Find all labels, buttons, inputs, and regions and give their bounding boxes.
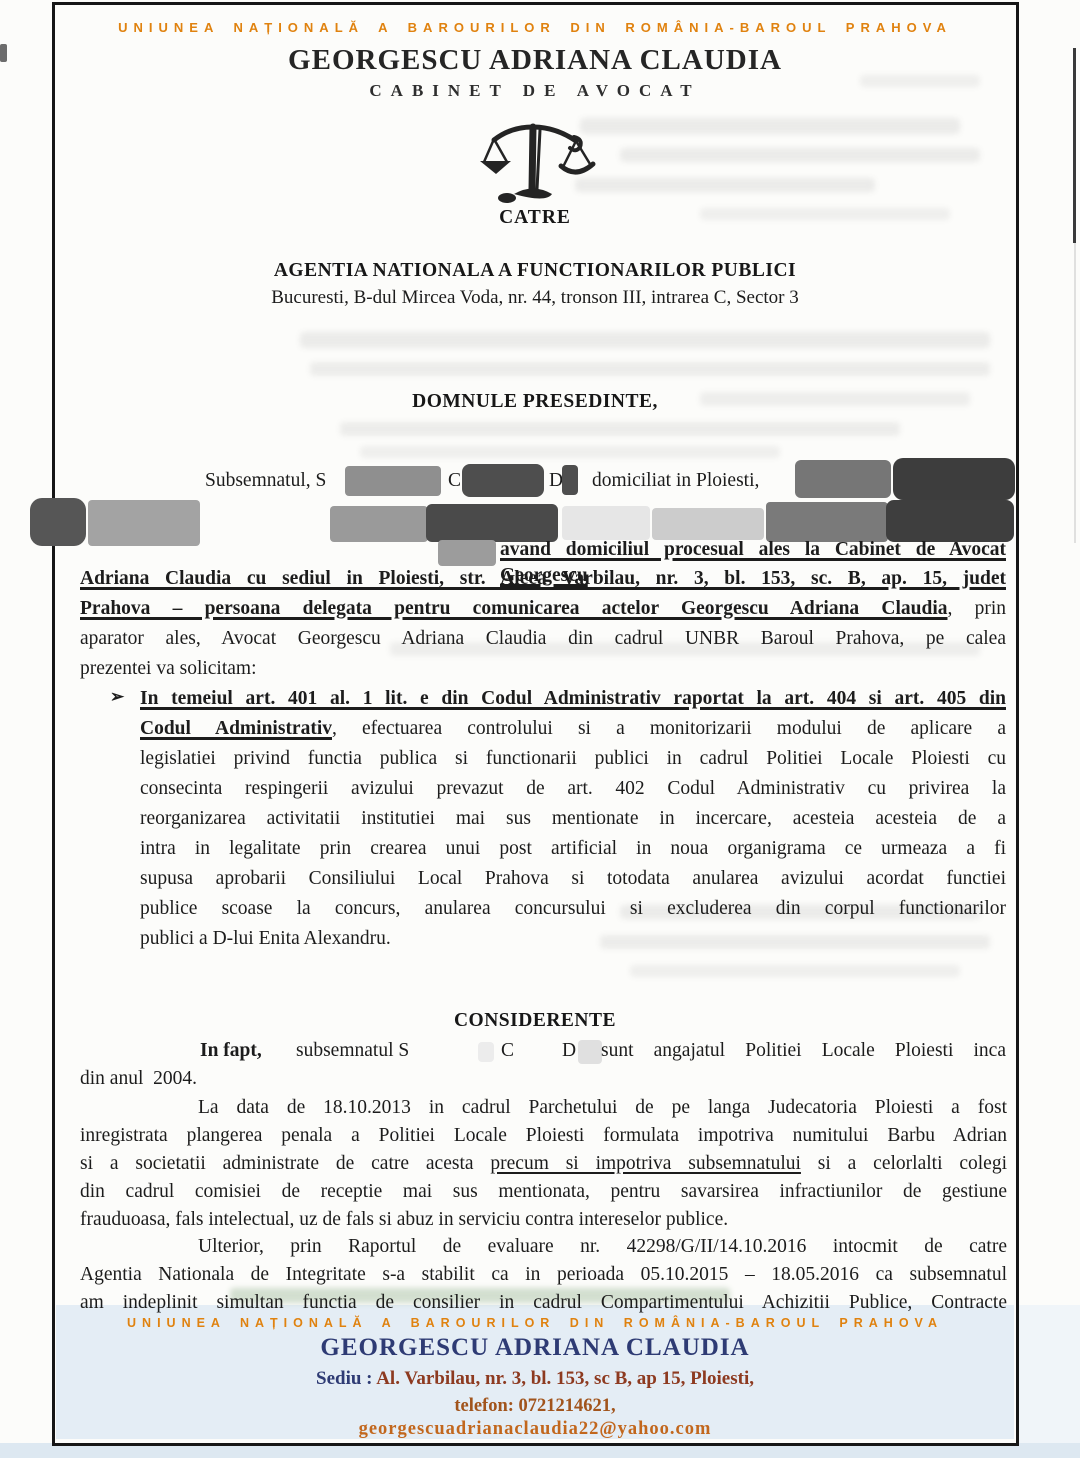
bleedthrough-smudge: [310, 362, 990, 376]
scan-edge-line-faint: [1074, 243, 1076, 543]
footer-phone: telefon: 0721214621,: [56, 1396, 1014, 1417]
redaction-block-light: [578, 1040, 602, 1064]
redaction-block: [462, 464, 544, 497]
request-paragraph: In temeiul art. 401 al. 1 lit. e din Cod…: [140, 684, 1006, 954]
redaction-block: [562, 465, 578, 495]
recipient-agency: AGENTIA NATIONALA A FUNCTIONARILOR PUBLI…: [56, 260, 1014, 282]
la-data-paragraph: La data de 18.10.2013 in cadrul Parchetu…: [80, 1094, 1007, 1234]
scanned-legal-document: { "header": { "union_line": "UNIUNEA NAȚ…: [0, 0, 1080, 1458]
bleedthrough-smudge: [575, 178, 875, 192]
footer-union-line: UNIUNEA NAȚIONALĂ A BAROURILOR DIN ROMÂN…: [56, 1316, 1014, 1330]
redaction-block: [88, 500, 200, 546]
footer-address-label: Sediu :: [316, 1368, 373, 1389]
recipient-address: Bucuresti, B-dul Mircea Voda, nr. 44, tr…: [56, 287, 1014, 309]
footer-address-text: Al. Varbilau, nr. 3, bl. 153, sc B, ap 1…: [373, 1368, 754, 1389]
in-fapt-c: C: [501, 1038, 514, 1064]
in-fapt-d: D: [562, 1038, 576, 1064]
redaction-block-light: [478, 1042, 494, 1062]
redaction-block: [438, 540, 496, 566]
letterhead-union-line: UNIUNEA NAȚIONALĂ A BAROURILOR DIN ROMÂN…: [56, 20, 1014, 35]
footer-email: georgescuadrianaclaudia22@yahoo.com: [56, 1419, 1014, 1440]
greeting: DOMNULE PRESEDINTE,: [56, 391, 1014, 413]
redaction-block: [766, 502, 888, 542]
bleedthrough-smudge: [620, 148, 980, 162]
footer-tint-band-right: [1016, 1305, 1080, 1458]
bleedthrough-smudge: [580, 118, 960, 134]
letterhead-firm-subtitle: CABINET DE AVOCAT: [56, 81, 1014, 101]
considerente-heading: CONSIDERENTE: [56, 1010, 1014, 1032]
scan-edge-line: [1073, 48, 1076, 243]
footer-firm-name: GEORGESCU ADRIANA CLAUDIA: [56, 1334, 1014, 1362]
in-fapt-bold: In fapt,: [200, 1038, 262, 1064]
in-fapt-line2: din anul 2004.: [80, 1066, 197, 1092]
redaction-block: [886, 500, 1014, 542]
bleedthrough-smudge: [360, 446, 780, 458]
letterhead-firm-name: GEORGESCU ADRIANA CLAUDIA: [56, 44, 1014, 77]
scales-of-justice-icon: [462, 110, 607, 210]
redaction-block: [330, 506, 428, 542]
redaction-block: [345, 466, 441, 496]
intro-line1-c: C: [448, 468, 461, 494]
redaction-block: [30, 498, 86, 546]
bleedthrough-smudge: [630, 965, 960, 977]
bleedthrough-smudge: [340, 422, 900, 436]
redaction-block: [893, 458, 1015, 500]
intro-line1-start: Subsemnatul, S: [205, 468, 326, 494]
bullet-arrow-icon: ➢: [110, 687, 124, 707]
scan-corner-mark: [0, 44, 7, 62]
redaction-block: [795, 460, 891, 498]
intro-line1-mid: domiciliat in Ploiesti,: [592, 468, 759, 494]
footer-address: Sediu : Al. Varbilau, nr. 3, bl. 153, sc…: [56, 1368, 1014, 1390]
redaction-block: [652, 508, 764, 540]
redaction-block: [562, 506, 650, 540]
intro-tail-lines: Adriana Claudia cu sediul in Ploiesti, s…: [80, 564, 1006, 684]
bleedthrough-smudge: [300, 332, 990, 348]
ulterior-paragraph: Ulterior, prin Raportul de evaluare nr. …: [80, 1233, 1007, 1317]
intro-line1-d: D: [549, 468, 563, 494]
in-fapt-text: subsemnatul S: [296, 1038, 409, 1064]
in-fapt-rest: sunt angajatul Politiei Locale Ploiesti …: [601, 1038, 1006, 1064]
recipient-catre: CATRE: [56, 207, 1014, 229]
